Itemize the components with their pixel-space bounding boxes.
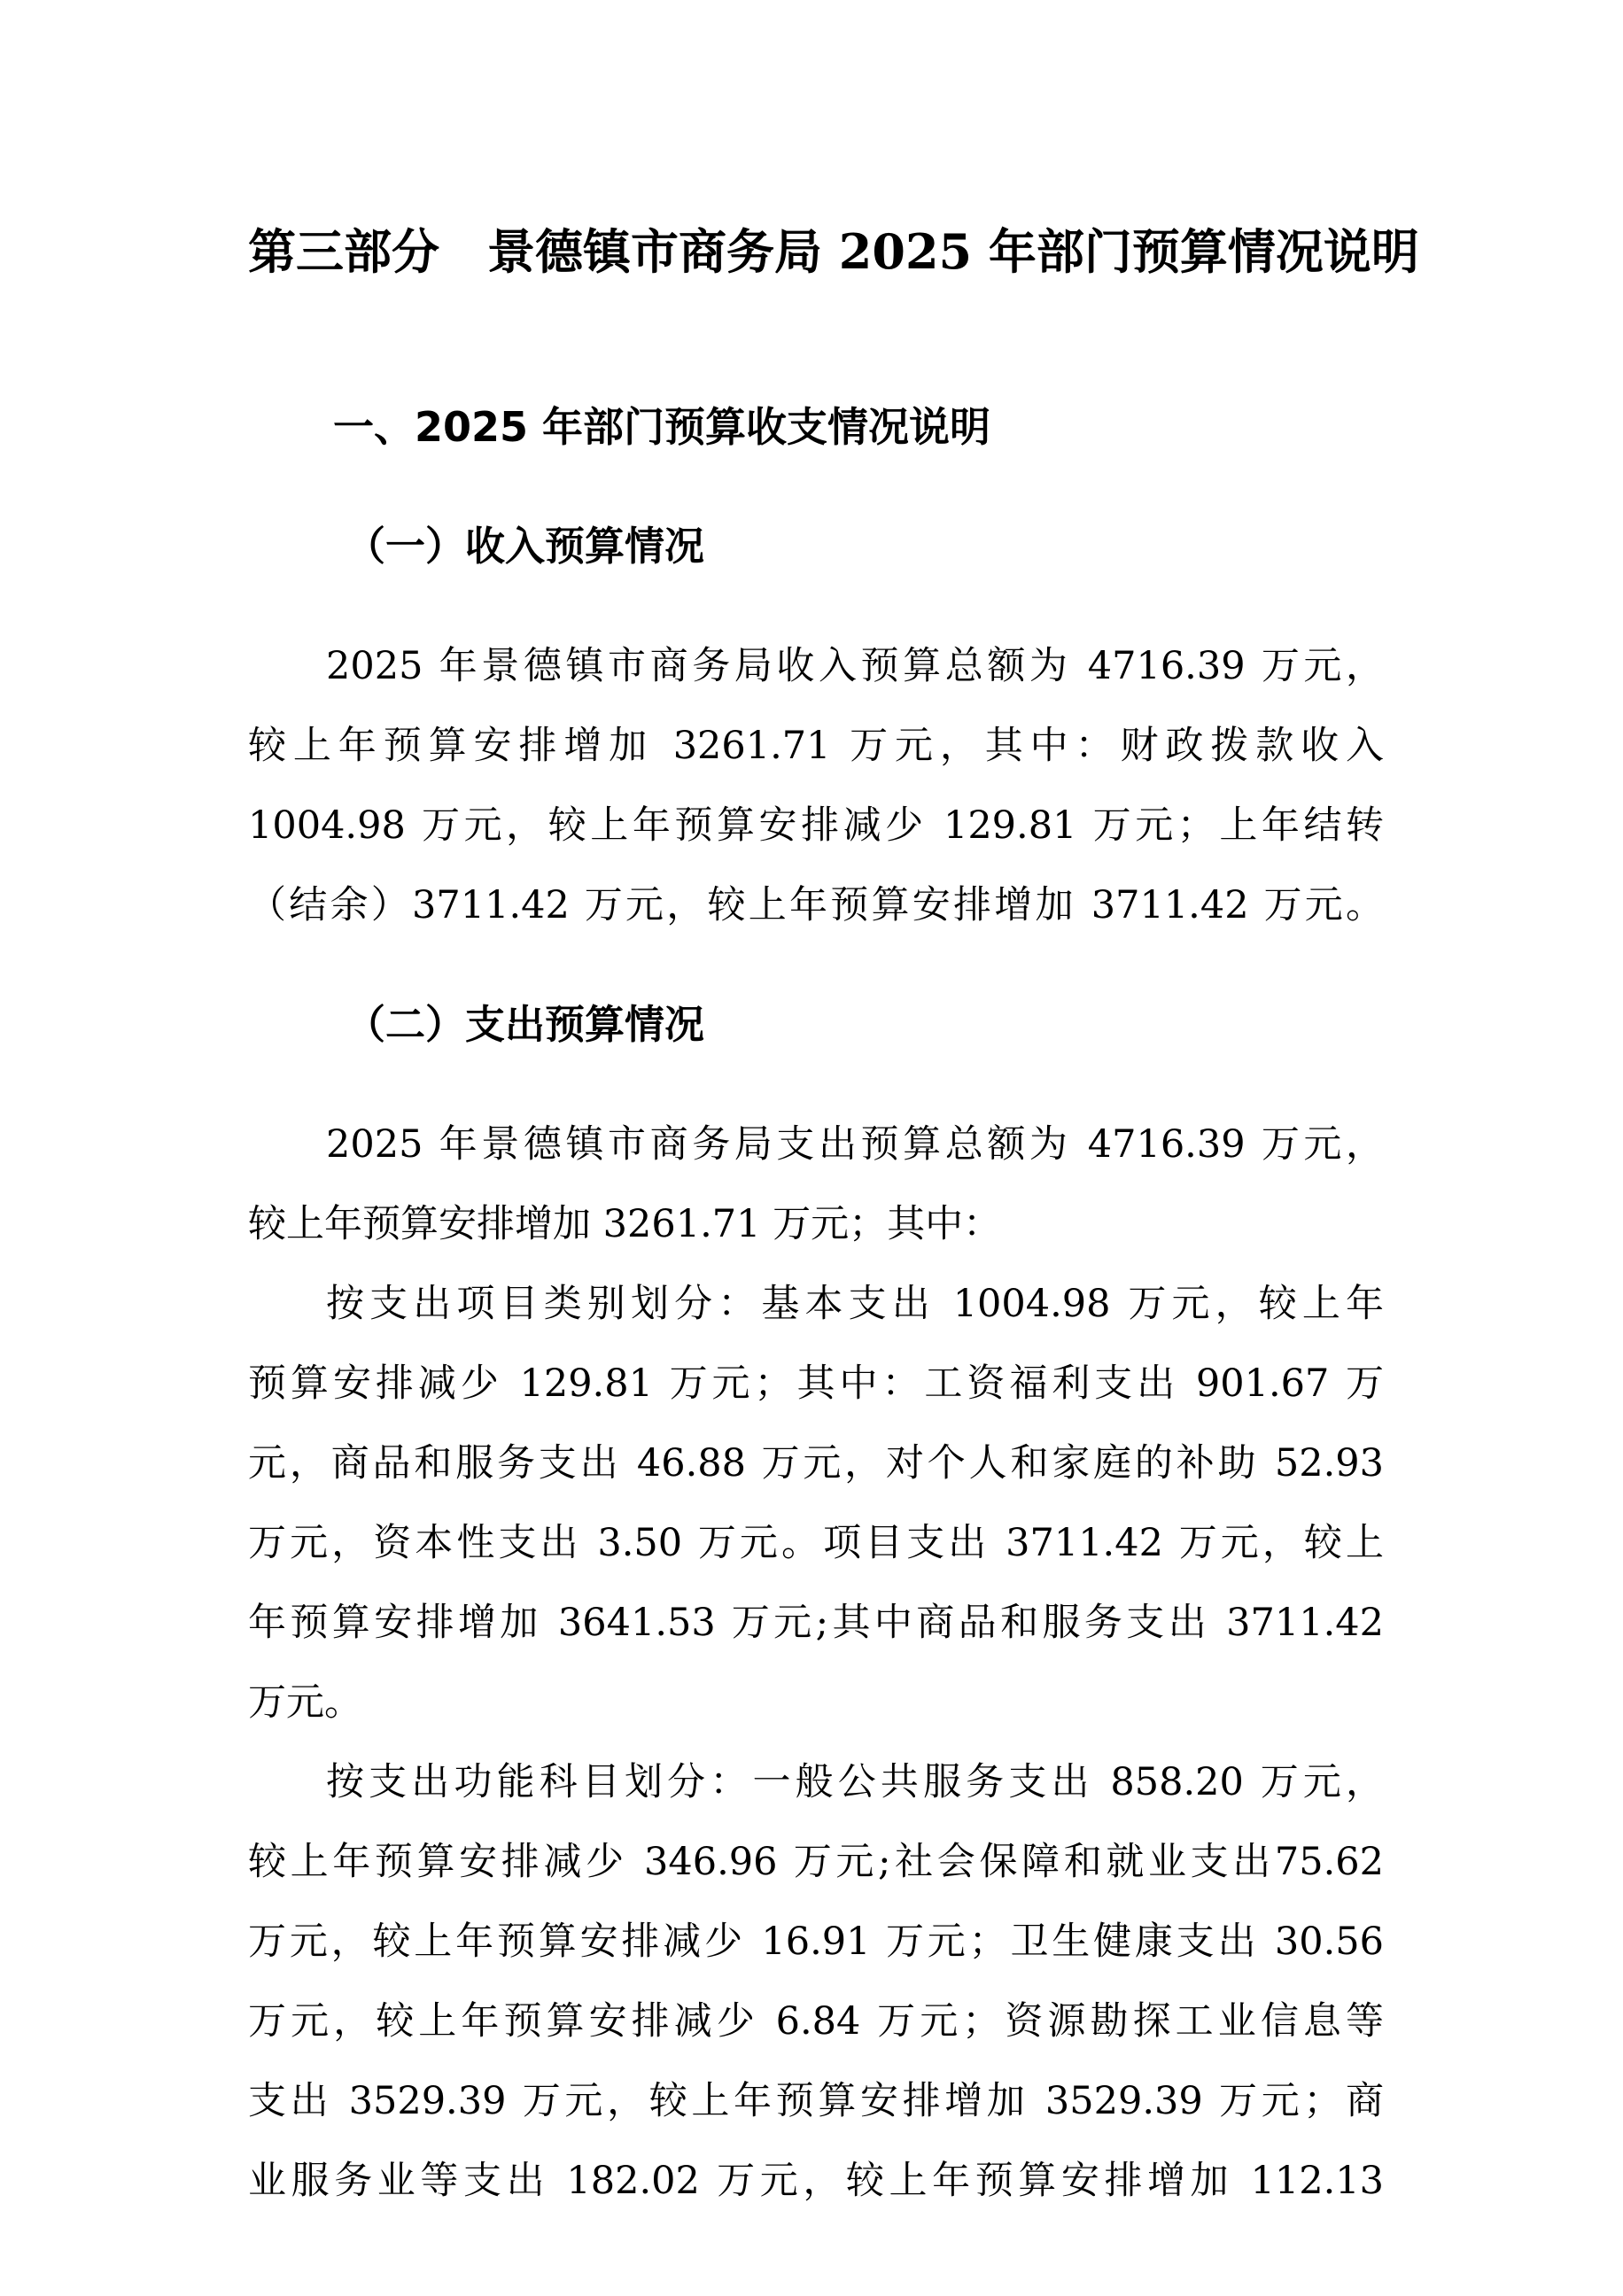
text-line: 较上年预算安排增加 3261.71 万元，其中：财政拨款收入 <box>248 706 1384 786</box>
subsection-heading-income: （一）收入预算情况 <box>248 507 1384 586</box>
text-line: 万元。 <box>248 1663 1384 1742</box>
text-line: 万元，较上年预算安排减少 16.91 万元；卫生健康支出 30.56 <box>248 1902 1384 1982</box>
text-line: 按支出项目类别划分：基本支出 1004.98 万元，较上年 <box>248 1264 1384 1344</box>
text-line: 较上年预算安排减少 346.96 万元;社会保障和就业支出75.62 <box>248 1822 1384 1902</box>
text-line: 1004.98 万元，较上年预算安排减少 129.81 万元；上年结转 <box>248 786 1384 865</box>
text-line: 2025 年景德镇市商务局支出预算总额为 4716.39 万元， <box>248 1105 1384 1184</box>
subsection-heading-expense: （二）支出预算情况 <box>248 985 1384 1065</box>
text-line: 年预算安排增加 3641.53 万元;其中商品和服务支出 3711.42 <box>248 1583 1384 1663</box>
text-line: 业服务业等支出 182.02 万元，较上年预算安排增加 112.13 <box>248 2141 1384 2221</box>
document-title: 第三部分 景德镇市商务局 2025 年部门预算情况说明 <box>248 207 1384 296</box>
document-page: 第三部分 景德镇市商务局 2025 年部门预算情况说明 一、2025 年部门预算… <box>0 0 1623 2296</box>
text-line: 2025 年景德镇市商务局收入预算总额为 4716.39 万元， <box>248 626 1384 706</box>
text-line: （结余）3711.42 万元，较上年预算安排增加 3711.42 万元。 <box>248 865 1384 945</box>
text-line: 较上年预算安排增加 3261.71 万元；其中： <box>248 1184 1384 1264</box>
text-line: 预算安排减少 129.81 万元；其中：工资福利支出 901.67 万 <box>248 1344 1384 1423</box>
text-line: 元，商品和服务支出 46.88 万元，对个人和家庭的补助 52.93 <box>248 1423 1384 1503</box>
text-line: 按支出功能科目划分：一般公共服务支出 858.20 万元， <box>248 1742 1384 1822</box>
text-line: 万元，资本性支出 3.50 万元。项目支出 3711.42 万元，较上 <box>248 1503 1384 1583</box>
section-heading: 一、2025 年部门预算收支情况说明 <box>248 387 1384 467</box>
document-content: 第三部分 景德镇市商务局 2025 年部门预算情况说明 一、2025 年部门预算… <box>248 0 1384 2221</box>
text-line: 支出 3529.39 万元，较上年预算安排增加 3529.39 万元；商 <box>248 2061 1384 2141</box>
text-line: 万元，较上年预算安排减少 6.84 万元；资源勘探工业信息等 <box>248 1982 1384 2061</box>
